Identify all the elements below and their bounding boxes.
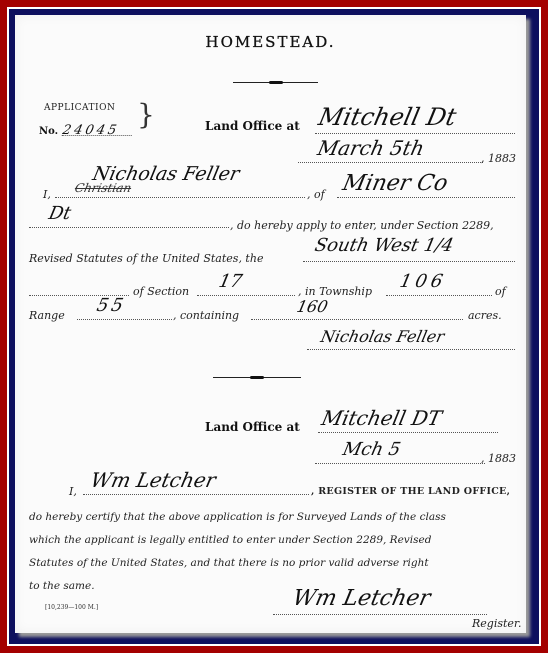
date-field: March 5th [298, 150, 483, 163]
pronoun-i: I, [43, 188, 51, 201]
title-divider [233, 82, 318, 83]
register-name-field: Wm Letcher [83, 482, 309, 495]
certify-line-1: do hereby certify that the above applica… [29, 511, 446, 523]
of-section-label: of Section [133, 285, 189, 298]
section: 17 [217, 271, 244, 292]
applicant-signature: Nicholas Feller [319, 327, 446, 346]
cert-date-field: Mch 5 [315, 451, 485, 464]
cert-land-office-label: Land Office at [205, 420, 300, 434]
acres-label: acres. [468, 309, 502, 322]
township: 106 [398, 271, 449, 292]
application-number-row: No. 24045 [39, 119, 133, 138]
document-title: HOMESTEAD. [15, 33, 526, 51]
register-signature-title: Register. [472, 617, 521, 630]
cert-pronoun-i: I, [69, 485, 77, 498]
cert-land-office-field: Mitchell DT [318, 420, 498, 433]
applicant-signature-field: Nicholas Feller [307, 337, 515, 350]
application-year: , 1883 [481, 152, 516, 165]
applicant-name-field: Nicholas Feller Christian [55, 185, 305, 198]
territory: Dt [47, 203, 73, 224]
application-date: March 5th [315, 136, 426, 160]
cert-land-office-location: Mitchell DT [319, 406, 443, 430]
range-field: 55 [77, 307, 172, 320]
acres: 160 [295, 297, 330, 316]
county-field: Miner Co [337, 185, 515, 198]
brace-icon: } [137, 101, 155, 129]
register-signature-field: Wm Letcher [273, 602, 487, 615]
form-code: [10,239—100 M.] [45, 604, 98, 611]
register-name: Wm Letcher [88, 468, 218, 492]
number-prefix: No. [39, 126, 58, 137]
township-field: 106 [386, 283, 492, 296]
containing-label: , containing [173, 309, 239, 322]
of-label: , of [307, 188, 325, 201]
cert-date: Mch 5 [341, 439, 403, 460]
certify-line-2: which the applicant is legally entitled … [29, 534, 431, 546]
certify-line-3: Statutes of the United States, and that … [29, 557, 429, 569]
homestead-document: HOMESTEAD. APPLICATION No. 24045 } Land … [15, 15, 526, 633]
territory-field: Dt [29, 215, 229, 228]
land-office-field: Mitchell Dt [315, 119, 515, 134]
certify-line-4: to the same. [29, 580, 95, 592]
land-office-location: Mitchell Dt [316, 103, 459, 131]
apply-text: , do hereby apply to enter, under Sectio… [230, 219, 494, 232]
cert-year: , 1883 [481, 452, 516, 465]
quarter: South West 1/4 [313, 235, 456, 256]
land-office-label: Land Office at [205, 119, 300, 133]
acres-field: 160 [251, 307, 463, 320]
section-divider [213, 377, 301, 378]
of-label-2: of [495, 285, 506, 298]
range-label: Range [29, 309, 65, 322]
range: 55 [95, 295, 128, 316]
application-number: 24045 [62, 123, 135, 136]
section-field: 17 [197, 283, 295, 296]
quarter-field: South West 1/4 [303, 249, 515, 262]
struck-name: Christian [74, 181, 133, 195]
statutes-text: Revised Statutes of the United States, t… [29, 252, 263, 265]
county: Miner Co [340, 171, 450, 196]
register-title: , REGISTER OF THE LAND OFFICE, [311, 486, 510, 497]
application-label: APPLICATION [44, 103, 115, 113]
register-signature: Wm Letcher [290, 586, 432, 611]
